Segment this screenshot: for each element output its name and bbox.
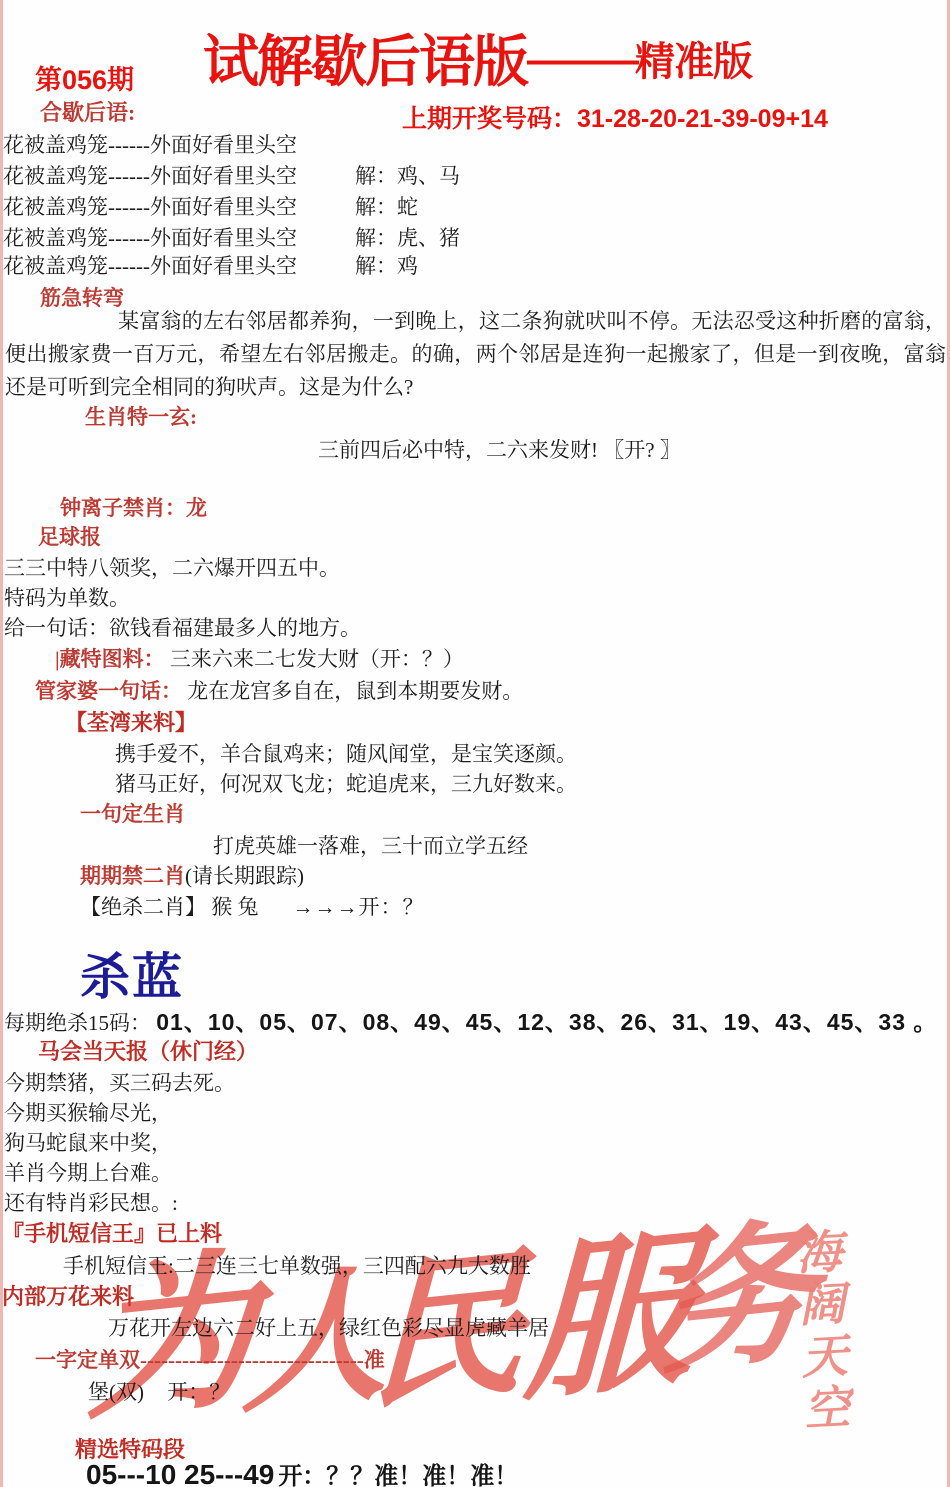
riddle-answer: 解：虎、猪 — [355, 222, 460, 252]
riddle-text: 花被盖鸡笼------外面好看里头空 — [3, 164, 297, 188]
riddle-row: 花被盖鸡笼------外面好看里头空 解：虎、猪 — [3, 222, 703, 252]
kill-two-text: 【绝杀二肖】 猴 兔 — [80, 895, 259, 919]
ban-two-note: (请长期跟踪) — [185, 864, 304, 888]
riddle-text: 花被盖鸡笼------外面好看里头空 — [3, 195, 297, 219]
daily-report-heading: 马会当天报（休门经） — [38, 1035, 258, 1066]
zodiac-hint-heading: 生肖特一玄: — [85, 401, 197, 431]
housekeeper-label: 管家婆一句话： — [35, 679, 182, 703]
football-report-heading: 足球报 — [38, 521, 101, 551]
brain-teaser-story: 某富翁的左右邻居都养狗，一到晚上，这二条狗就吠叫不停。无法忍受这种折磨的富翁，便… — [5, 305, 946, 404]
tsuen-wan-line: 猪马正好，何况双飞龙；蛇追虎来，三九好数来。 — [115, 768, 577, 798]
riddle-row: 花被盖鸡笼------外面好看里头空 解：蛇 — [3, 191, 703, 221]
single-double-open: 开：？ — [167, 1380, 230, 1404]
ban-two-heading-line: 期期禁二肖(请长期跟踪) — [80, 860, 304, 890]
watermark-side-text: 海阔天空 — [788, 1227, 853, 1438]
watermark-char: 务 — [660, 1213, 817, 1382]
daily-report-line: 还有特肖彩民想。: — [4, 1187, 178, 1217]
page-title-main: 试解歇后语版 — [203, 30, 527, 93]
riddle-answer: 解：鸡 — [355, 250, 418, 280]
wanhua-heading: 内部万花来料 — [2, 1280, 134, 1311]
riddle-row: 花被盖鸡笼------外面好看里头空 解：鸡、马 — [3, 160, 703, 190]
sms-king-line: 手机短信王:二三连三七单数强，三四配六九大数胜 — [63, 1250, 531, 1280]
hidden-tip-line: |藏特图料： 三来六来二七发大财（开：？） — [55, 643, 464, 673]
daily-report-line: 今期买猴输尽光， — [4, 1097, 172, 1127]
single-double-heading: 一字定单双--------------------------------准 — [35, 1344, 385, 1374]
single-double-line: 堡(双) 开：？ — [88, 1376, 230, 1406]
riddle-text: 花被盖鸡笼------外面好看里头空 — [3, 254, 297, 278]
kill-blue-title: 杀蓝 — [80, 937, 184, 1009]
one-sentence-heading: 一句定生肖 — [80, 798, 185, 828]
page-title-suffix: 精准版 — [635, 40, 752, 84]
zodiac-hint-line: 三前四后必中特，二六来发财! 〖开? 〗 — [318, 434, 681, 464]
ban-zodiac-line: 钟离子禁肖：龙 — [60, 492, 207, 522]
issue-number: 第056期 — [35, 58, 134, 97]
football-line: 三三中特八领奖，二六爆开四五中。 — [4, 552, 340, 582]
riddle-answer: 解：蛇 — [355, 191, 418, 221]
riddle-section-heading: 合歇后语: — [40, 96, 135, 127]
football-line: 给一句话：欲钱看福建最多人的地方。 — [4, 612, 361, 642]
kill-two-arrows: →→→开：？ — [293, 895, 425, 919]
tsuen-wan-heading: 【荃湾来料】 — [65, 706, 197, 737]
page-title: 试解歇后语版———精准版 — [203, 18, 752, 98]
riddle-answer: 解：鸡、马 — [355, 160, 460, 190]
ban-two-heading: 期期禁二肖 — [80, 864, 185, 888]
hidden-tip-label: |藏特图料： — [55, 647, 165, 671]
page-title-dashes: ——— — [527, 38, 635, 82]
hidden-tip-text: 三来六来二七发大财（开：？） — [170, 647, 464, 671]
housekeeper-line: 管家婆一句话： 龙在龙宫多自在，鼠到本期要发财。 — [35, 675, 523, 705]
single-double-word: 堡(双) — [88, 1380, 144, 1404]
tsuen-wan-line: 携手爱不，羊合鼠鸡来；随风闻堂，是宝笑逐颜。 — [115, 738, 577, 768]
kill-fifteen-numbers: 01、10、05、07、08、49、45、12、38、26、31、19、43、4… — [156, 1009, 937, 1035]
one-sentence-line: 打虎英雄一落难，三十而立学五经 — [213, 830, 528, 860]
special-segment-line: 05---10 25---49 开：？？准！准！准！ — [86, 1456, 518, 1487]
riddle-text: 花被盖鸡笼------外面好看里头空 — [3, 133, 297, 157]
riddle-row: 花被盖鸡笼------外面好看里头空 — [3, 129, 703, 159]
daily-report-line: 今期禁猪，买三码去死。 — [4, 1067, 235, 1097]
football-line: 特码为单数。 — [4, 582, 130, 612]
kill-two-line: 【绝杀二肖】 猴 兔→→→开：？ — [80, 891, 425, 921]
special-segment-numbers: 05---10 25---49 — [86, 1459, 274, 1487]
special-segment-result: 开：？？准！准！准！ — [278, 1464, 518, 1487]
daily-report-line: 羊肖今期上台难。 — [4, 1157, 172, 1187]
sms-king-heading: 『手机短信王』已上料 — [2, 1217, 222, 1248]
kill-fifteen-prefix: 每期绝杀15码： — [4, 1011, 151, 1035]
housekeeper-text: 龙在龙宫多自在，鼠到本期要发财。 — [187, 679, 523, 703]
daily-report-line: 狗马蛇鼠来中奖， — [4, 1127, 172, 1157]
riddle-text: 花被盖鸡笼------外面好看里头空 — [3, 226, 297, 250]
lottery-tip-sheet: 试解歇后语版———精准版 第056期 合歇后语: 上期开奖号码：31-28-20… — [0, 0, 950, 1487]
kill-fifteen-line: 每期绝杀15码： 01、10、05、07、08、49、45、12、38、26、3… — [4, 1004, 937, 1037]
riddle-row: 花被盖鸡笼------外面好看里头空 解：鸡 — [3, 250, 703, 280]
wanhua-line: 万花开左边六二好上五，绿红色彩尽显虎藏羊居 — [108, 1312, 549, 1342]
